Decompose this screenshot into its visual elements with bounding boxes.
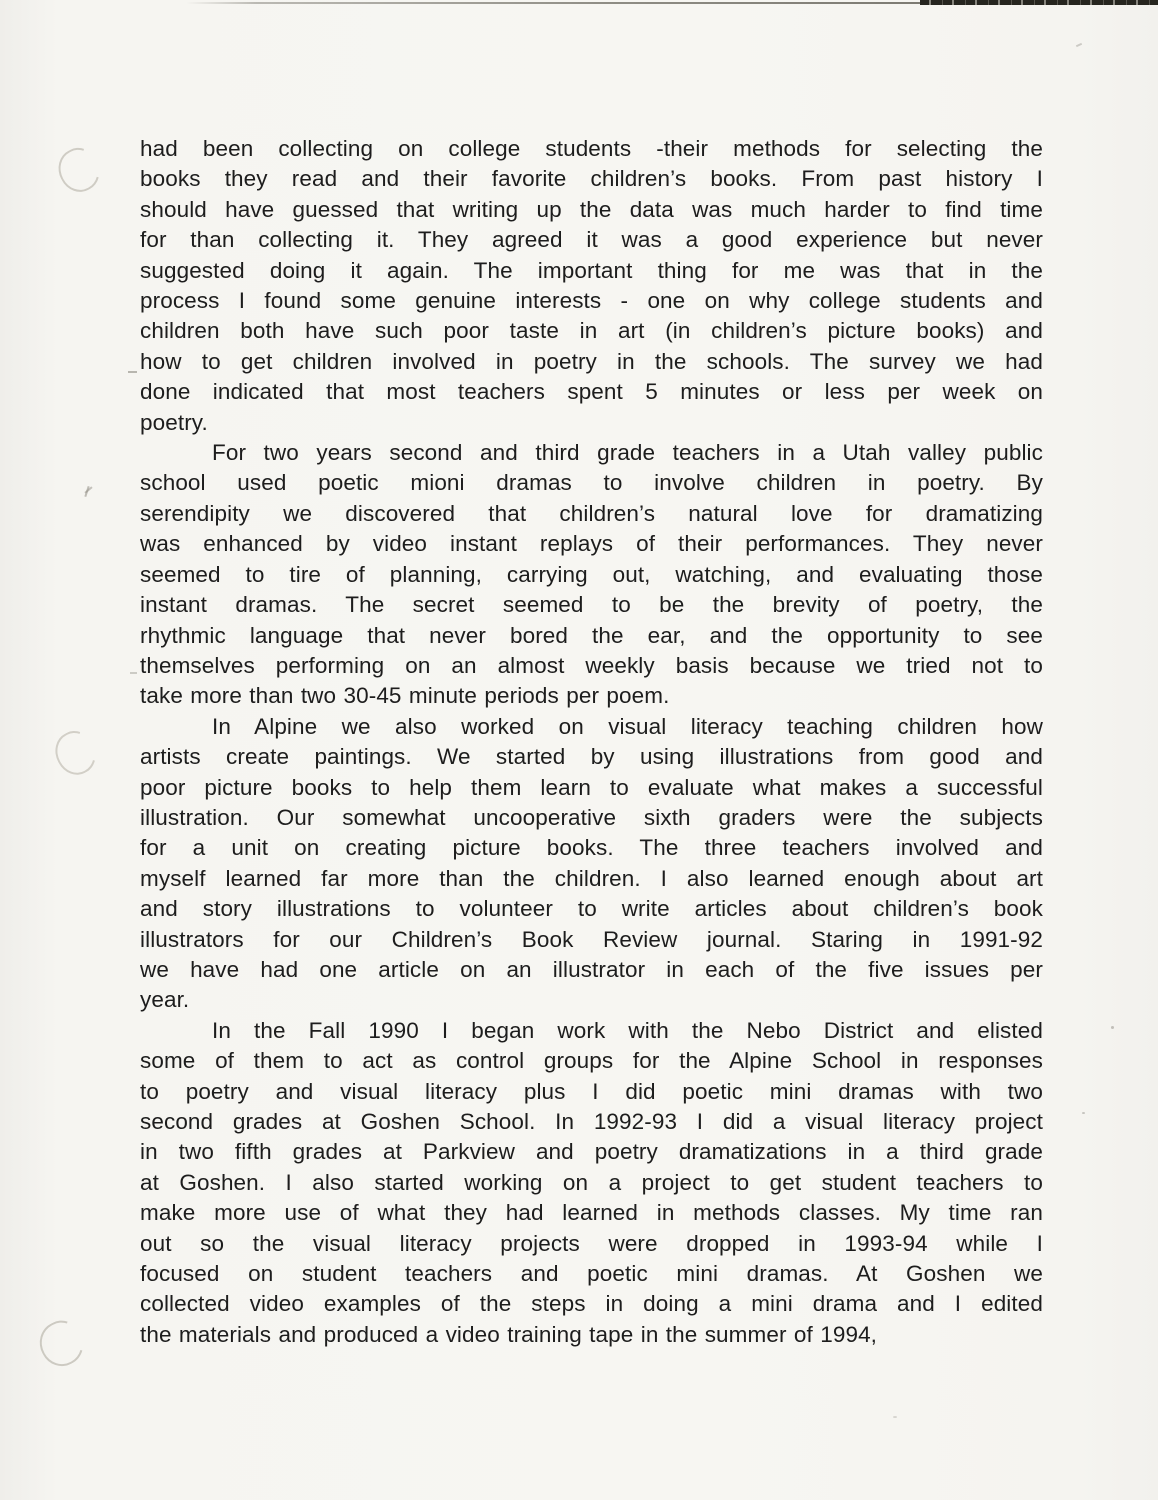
text-line: poor picture books to help them learn to… <box>140 773 1043 803</box>
text-line: school used poetic mioni dramas to invol… <box>140 468 1043 498</box>
text-line: out so the visual literacy projects were… <box>140 1229 1043 1259</box>
text-line: collected video examples of the steps in… <box>140 1289 1043 1319</box>
text-line: focused on student teachers and poetic m… <box>140 1259 1043 1289</box>
text-line: and story illustrations to volunteer to … <box>140 894 1043 924</box>
text-line: myself learned far more than the childre… <box>140 864 1043 894</box>
text-line: make more use of what they had learned i… <box>140 1198 1043 1228</box>
paragraph: In Alpine we also worked on visual liter… <box>140 712 1043 1016</box>
punch-hole-mark <box>51 141 107 199</box>
text-line: instant dramas. The secret seemed to be … <box>140 590 1043 620</box>
punch-hole-mark <box>48 724 103 781</box>
paragraph: had been collecting on college students … <box>140 134 1043 438</box>
text-line: was enhanced by video instant replays of… <box>140 529 1043 559</box>
scanned-document-page: { "page": { "kind": "scanned typed page"… <box>0 0 1158 1500</box>
scan-speck <box>130 672 137 674</box>
text-line: how to get children involved in poetry i… <box>140 347 1043 377</box>
punch-hole-mark <box>32 1314 91 1374</box>
text-line: we have had one article on an illustrato… <box>140 955 1043 985</box>
text-line: For two years second and third grade tea… <box>140 438 1043 468</box>
text-line: illustration. Our somewhat uncooperative… <box>140 803 1043 833</box>
text-line: In Alpine we also worked on visual liter… <box>140 712 1043 742</box>
text-line: some of them to act as control groups fo… <box>140 1046 1043 1076</box>
text-line: done indicated that most teachers spent … <box>140 377 1043 407</box>
text-line: the materials and produced a video train… <box>140 1320 1043 1350</box>
text-line: at Goshen. I also started working on a p… <box>140 1168 1043 1198</box>
text-line: books they read and their favorite child… <box>140 164 1043 194</box>
paragraph: In the Fall 1990 I began work with the N… <box>140 1016 1043 1350</box>
text-line: seemed to tire of planning, carrying out… <box>140 560 1043 590</box>
scan-speck <box>1111 1026 1114 1029</box>
text-line: for than collecting it. They agreed it w… <box>140 225 1043 255</box>
scan-speck <box>893 1416 897 1418</box>
document-text: had been collecting on college students … <box>140 134 1043 1350</box>
text-line: poetry. <box>140 408 1043 438</box>
text-line: artists create paintings. We started by … <box>140 742 1043 772</box>
text-line: In the Fall 1990 I began work with the N… <box>140 1016 1043 1046</box>
text-line: year. <box>140 985 1043 1015</box>
scan-speck <box>1076 43 1082 47</box>
text-line: process I found some genuine interests -… <box>140 286 1043 316</box>
text-line: in two fifth grades at Parkview and poet… <box>140 1137 1043 1167</box>
text-line: had been collecting on college students … <box>140 134 1043 164</box>
paragraph: For two years second and third grade tea… <box>140 438 1043 712</box>
text-line: themselves performing on an almost weekl… <box>140 651 1043 681</box>
scan-speck <box>84 486 92 493</box>
text-line: take more than two 30-45 minute periods … <box>140 681 1043 711</box>
scan-speck <box>1082 1112 1085 1114</box>
scan-speck <box>128 371 137 373</box>
text-line: children both have such poor taste in ar… <box>140 316 1043 346</box>
text-line: to poetry and visual literacy plus I did… <box>140 1077 1043 1107</box>
text-line: illustrators for our Children’s Book Rev… <box>140 925 1043 955</box>
text-line: serendipity we discovered that children’… <box>140 499 1043 529</box>
text-line: suggested doing it again. The important … <box>140 256 1043 286</box>
text-line: for a unit on creating picture books. Th… <box>140 833 1043 863</box>
scan-edge-dark-band <box>920 0 1158 5</box>
text-line: should have guessed that writing up the … <box>140 195 1043 225</box>
text-line: rhythmic language that never bored the e… <box>140 621 1043 651</box>
text-line: second grades at Goshen School. In 1992-… <box>140 1107 1043 1137</box>
